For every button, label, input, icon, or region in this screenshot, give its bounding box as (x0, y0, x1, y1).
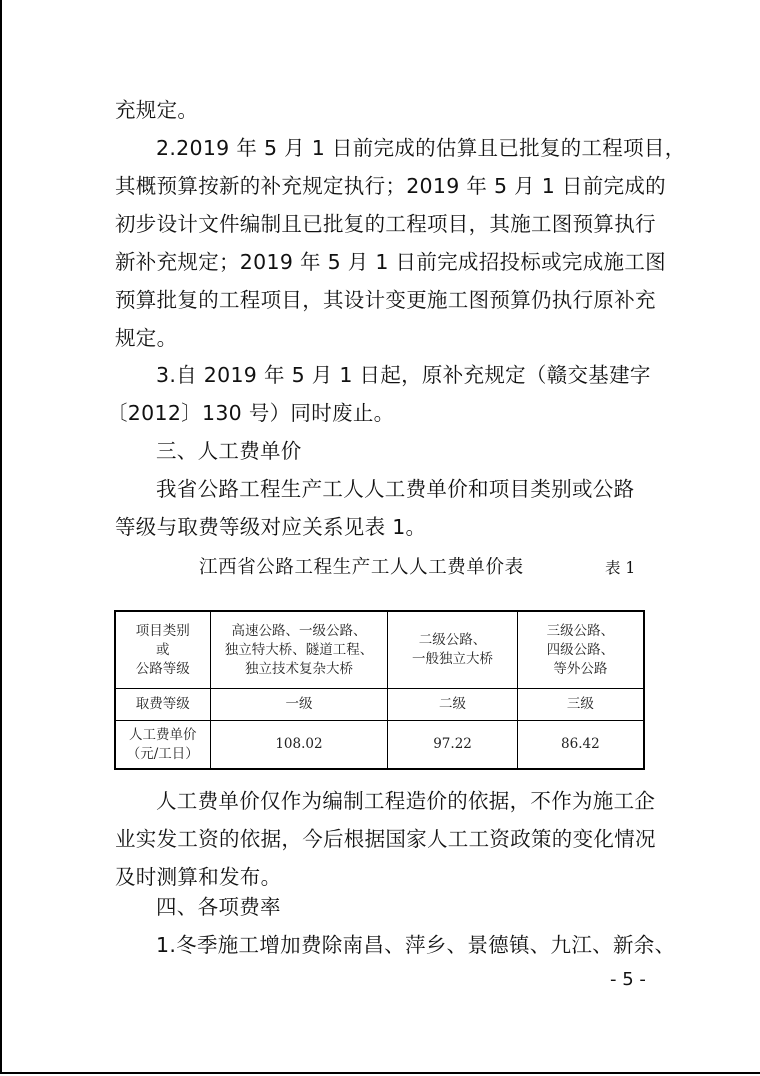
text-line: 其概预算按新的补充规定执行；2019 年 5 月 1 日前完成的 (115, 167, 655, 205)
cell-line: 人工费单价 (120, 726, 206, 745)
table-header-row: 项目类别 或 公路等级 高速公路、一级公路、 独立特大桥、隧道工程、 独立技术复… (115, 611, 644, 689)
paragraph-continuation: 充规定。 (115, 91, 655, 129)
cell-line: 或 (120, 641, 206, 660)
cell-line: 三级公路、 (522, 622, 639, 641)
text-line: 2.2019 年 5 月 1 日前完成的估算且已批复的工程项目， (115, 129, 655, 167)
section-heading-labor-cost: 三、人工费单价 (115, 432, 655, 470)
table-cell: 三级 (517, 689, 644, 721)
cell-line: 二级公路、 (392, 631, 512, 650)
table-cell: 86.42 (517, 721, 644, 770)
text-line: 业实发工资的依据，今后根据国家人工工资政策的变化情况 (115, 820, 655, 858)
heading-text: 三、人工费单价 (115, 432, 655, 470)
page-number: - 5 - (610, 969, 646, 990)
table-row-fee-grade: 取费等级 一级 二级 三级 (115, 689, 644, 721)
paragraph-item-3: 3.自 2019 年 5 月 1 日起，原补充规定（赣交基建字 〔2012〕13… (115, 356, 655, 432)
table-header-cell: 高速公路、一级公路、 独立特大桥、隧道工程、 独立技术复杂大桥 (210, 611, 388, 689)
table-header-cell: 二级公路、 一般独立大桥 (388, 611, 517, 689)
section-heading-fee-rates: 四、各项费率 (115, 888, 655, 926)
text-line: 规定。 (115, 319, 655, 357)
row-label: 人工费单价 （元/工日） (115, 721, 210, 770)
table-caption: 江西省公路工程生产工人人工费单价表 (199, 553, 524, 579)
text-line: 充规定。 (115, 91, 655, 129)
paragraph-labor-cost-note: 人工费单价仅作为编制工程造价的依据，不作为施工企 业实发工资的依据，今后根据国家… (115, 782, 655, 896)
paragraph-labor-cost-intro: 我省公路工程生产工人人工费单价和项目类别或公路 等级与取费等级对应关系见表 1。 (115, 470, 655, 546)
row-label: 取费等级 (115, 689, 210, 721)
table-cell: 108.02 (210, 721, 388, 770)
table-cell: 97.22 (388, 721, 517, 770)
cell-line: 独立技术复杂大桥 (215, 660, 384, 679)
text-line: 人工费单价仅作为编制工程造价的依据，不作为施工企 (115, 782, 655, 820)
table-header-label: 项目类别 或 公路等级 (115, 611, 210, 689)
text-line: 我省公路工程生产工人人工费单价和项目类别或公路 (115, 470, 655, 508)
table-row-labor-price: 人工费单价 （元/工日） 108.02 97.22 86.42 (115, 721, 644, 770)
cell-line: 高速公路、一级公路、 (215, 622, 384, 641)
text-line: 初步设计文件编制且已批复的工程项目，其施工图预算执行 (115, 205, 655, 243)
cell-line: 取费等级 (120, 695, 206, 714)
cell-line: 公路等级 (120, 660, 206, 679)
cell-line: 等外公路 (522, 660, 639, 679)
cell-line: 项目类别 (120, 622, 206, 641)
paragraph-winter-construction: 1.冬季施工增加费除南昌、萍乡、景德镇、九江、新余、 (115, 926, 655, 964)
text-line: 1.冬季施工增加费除南昌、萍乡、景德镇、九江、新余、 (115, 926, 655, 964)
table-tag: 表 1 (605, 556, 635, 578)
heading-text: 四、各项费率 (115, 888, 655, 926)
labor-cost-table: 项目类别 或 公路等级 高速公路、一级公路、 独立特大桥、隧道工程、 独立技术复… (114, 610, 645, 770)
text-line: 〔2012〕130 号）同时废止。 (107, 394, 655, 432)
table-cell: 一级 (210, 689, 388, 721)
text-line: 3.自 2019 年 5 月 1 日起，原补充规定（赣交基建字 (115, 356, 655, 394)
text-line: 新补充规定；2019 年 5 月 1 日前完成招投标或完成施工图 (115, 243, 655, 281)
cell-line: 独立特大桥、隧道工程、 (215, 641, 384, 660)
table-header-cell: 三级公路、 四级公路、 等外公路 (517, 611, 644, 689)
table-cell: 二级 (388, 689, 517, 721)
paragraph-item-2: 2.2019 年 5 月 1 日前完成的估算且已批复的工程项目， 其概预算按新的… (115, 129, 655, 357)
cell-line: 一般独立大桥 (392, 650, 512, 669)
text-line: 预算批复的工程项目，其设计变更施工图预算仍执行原补充 (115, 281, 655, 319)
text-line: 等级与取费等级对应关系见表 1。 (115, 508, 655, 546)
cell-line: （元/工日） (120, 745, 206, 764)
cell-line: 四级公路、 (522, 641, 639, 660)
